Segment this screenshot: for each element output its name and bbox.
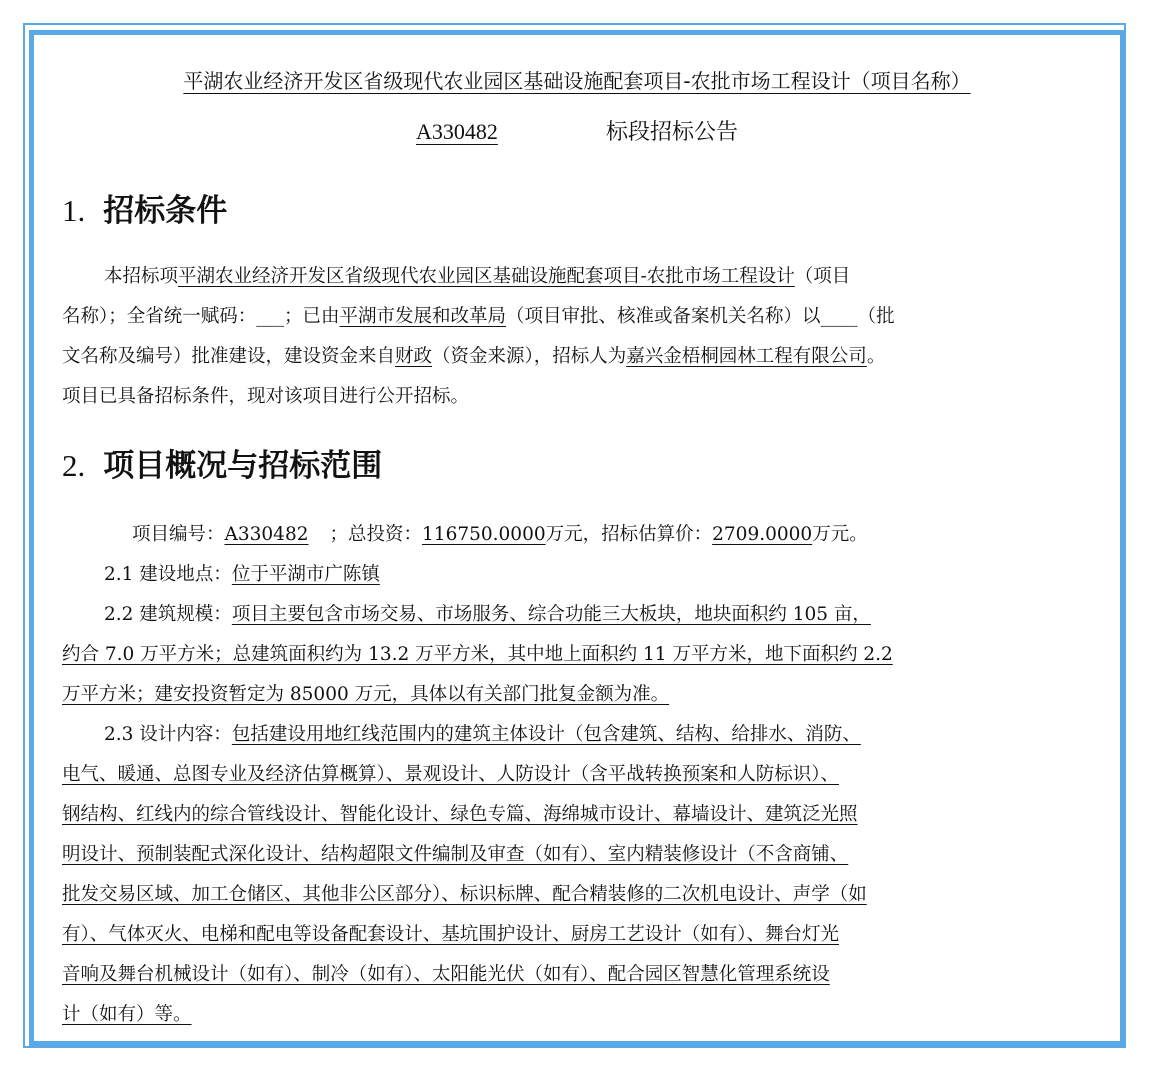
text-run: （项目审批、核准或备案机关名称）以 bbox=[506, 306, 821, 327]
project-name-title: 平湖农业经济开发区省级现代农业园区基础设施配套项目-农批市场工程设计（项目名称） bbox=[183, 69, 970, 93]
underlined-field: 嘉兴金梧桐园林工程有限公司 bbox=[626, 346, 867, 367]
item-2-3-line-7: 音响及舞台机械设计（如有）、制冷（如有）、太阳能光伏（如有）、配合园区智慧化管理… bbox=[62, 955, 1072, 995]
project-summary-line: 项目编号：A330482；总投资：116750.0000万元，招标估算价：270… bbox=[62, 515, 1072, 555]
item-2-3-text: 电气、暖通、总图专业及经济估算概算）、景观设计、人防设计（含平战转换预案和人防标… bbox=[62, 764, 839, 785]
underlined-field: 财政 bbox=[395, 346, 432, 367]
item-2-1: 2.1 建设地点：位于平湖市广陈镇 bbox=[62, 555, 1072, 595]
item-2-2-line-2: 约合 7.0 万平方米；总建筑面积约为 13.2 万平方米，其中地上面积约 11… bbox=[62, 635, 1072, 675]
unit-label: 万元。 bbox=[812, 524, 868, 545]
document-title-line2: A330482标段招标公告 bbox=[34, 115, 1120, 146]
section2-title: 项目概况与招标范围 bbox=[103, 448, 382, 484]
item-2-3-text: 音响及舞台机械设计（如有）、制冷（如有）、太阳能光伏（如有）、配合园区智慧化管理… bbox=[62, 964, 830, 985]
item-2-3-line-2: 电气、暖通、总图专业及经济估算概算）、景观设计、人防设计（含平战转换预案和人防标… bbox=[62, 755, 1072, 795]
text-run: （资金来源），招标人为 bbox=[432, 346, 626, 367]
section1-line: 文名称及编号）批准建设，建设资金来自财政（资金来源），招标人为嘉兴金梧桐园林工程… bbox=[62, 337, 1072, 377]
estimate-label: 万元，招标估算价： bbox=[546, 524, 713, 545]
estimate-value: 2709.0000 bbox=[712, 524, 812, 545]
section1-line: 名称）；全省统一赋码：___；已由平湖市发展和改革局（项目审批、核准或备案机关名… bbox=[62, 297, 1072, 337]
item-2-2-text: 约合 7.0 万平方米；总建筑面积约为 13.2 万平方米，其中地上面积约 11… bbox=[62, 644, 893, 665]
text-run: （项目 bbox=[795, 266, 851, 287]
item-2-2-text: 项目主要包含市场交易、市场服务、综合功能三大板块，地块面积约 105 亩， bbox=[232, 604, 871, 625]
underlined-field: 平湖农业经济开发区省级现代农业园区基础设施配套项目-农批市场工程设计 bbox=[178, 266, 795, 287]
item-2-3-line-8: 计（如有）等。 bbox=[62, 995, 1072, 1035]
section1-heading: 1.招标条件 bbox=[62, 185, 227, 230]
section1-body: 本招标项平湖农业经济开发区省级现代农业园区基础设施配套项目-农批市场工程设计（项… bbox=[62, 257, 1072, 417]
text-run: （批 bbox=[858, 306, 895, 327]
text-run: 本招标项 bbox=[104, 266, 178, 287]
text-run: ___ bbox=[256, 306, 284, 327]
announcement-title: 标段招标公告 bbox=[606, 120, 738, 145]
section-code: A330482 bbox=[416, 119, 606, 145]
item-2-3-text: 有）、气体灭火、电梯和配电等设备配套设计、基坑围护设计、厨房工艺设计（如有）、舞… bbox=[62, 924, 839, 945]
item-2-3-line-4: 明设计、预制装配式深化设计、结构超限文件编制及审查（如有）、室内精装修设计（不含… bbox=[62, 835, 1072, 875]
document-page: 平湖农业经济开发区省级现代农业园区基础设施配套项目-农批市场工程设计（项目名称）… bbox=[34, 35, 1120, 1041]
total-investment-value: 116750.0000 bbox=[422, 524, 546, 545]
item-2-3-text: 包括建设用地红线范围内的建筑主体设计（包含建筑、结构、给排水、消防、 bbox=[232, 724, 861, 745]
section2-number: 2. bbox=[62, 448, 85, 483]
project-no-value: A330482 bbox=[225, 515, 330, 555]
underlined-field: 平湖市发展和改革局 bbox=[340, 306, 507, 327]
text-run: 名称）；全省统一赋码： bbox=[62, 306, 256, 327]
item-2-2-text: 万平方米；建安投资暂定为 85000 万元，具体以有关部门批复金额为准。 bbox=[62, 684, 669, 705]
section2-body: 项目编号：A330482；总投资：116750.0000万元，招标估算价：270… bbox=[62, 515, 1072, 1035]
document-title-line1: 平湖农业经济开发区省级现代农业园区基础设施配套项目-农批市场工程设计（项目名称） bbox=[34, 65, 1120, 94]
item-2-3-line-5: 批发交易区域、加工仓储区、其他非公区部分）、标识标牌、配合精装修的二次机电设计、… bbox=[62, 875, 1072, 915]
text-run: 文名称及编号）批准建设，建设资金来自 bbox=[62, 346, 395, 367]
text-run: ____ bbox=[821, 306, 858, 327]
item-2-2-label: 2.2 建筑规模： bbox=[104, 604, 232, 625]
item-2-3-text: 批发交易区域、加工仓储区、其他非公区部分）、标识标牌、配合精装修的二次机电设计、… bbox=[62, 884, 867, 905]
item-2-1-value: 位于平湖市广陈镇 bbox=[232, 564, 380, 585]
item-2-3-text: 明设计、预制装配式深化设计、结构超限文件编制及审查（如有）、室内精装修设计（不含… bbox=[62, 844, 848, 865]
section1-number: 1. bbox=[62, 193, 85, 228]
item-2-3-text: 钢结构、红线内的综合管线设计、智能化设计、绿色专篇、海绵城市设计、幕墙设计、建筑… bbox=[62, 804, 858, 825]
project-no-label: 项目编号： bbox=[132, 524, 225, 545]
item-2-1-label: 2.1 建设地点： bbox=[104, 564, 232, 585]
text-run: 项目已具备招标条件，现对该项目进行公开招标。 bbox=[62, 386, 469, 407]
text-run: ；已由 bbox=[284, 306, 340, 327]
total-investment-label: ；总投资： bbox=[330, 524, 423, 545]
item-2-3-label: 2.3 设计内容： bbox=[104, 724, 232, 745]
item-2-3-line-6: 有）、气体灭火、电梯和配电等设备配套设计、基坑围护设计、厨房工艺设计（如有）、舞… bbox=[62, 915, 1072, 955]
item-2-3-text: 计（如有）等。 bbox=[62, 1004, 192, 1025]
item-2-2-line-3: 万平方米；建安投资暂定为 85000 万元，具体以有关部门批复金额为准。 bbox=[62, 675, 1072, 715]
section1-title: 招标条件 bbox=[103, 193, 227, 229]
item-2-3-line-3: 钢结构、红线内的综合管线设计、智能化设计、绿色专篇、海绵城市设计、幕墙设计、建筑… bbox=[62, 795, 1072, 835]
section1-line: 本招标项平湖农业经济开发区省级现代农业园区基础设施配套项目-农批市场工程设计（项… bbox=[62, 257, 1072, 297]
item-2-2-line-1: 2.2 建筑规模：项目主要包含市场交易、市场服务、综合功能三大板块，地块面积约 … bbox=[62, 595, 1072, 635]
section1-line: 项目已具备招标条件，现对该项目进行公开招标。 bbox=[62, 377, 1072, 417]
section2-heading: 2.项目概况与招标范围 bbox=[62, 440, 382, 485]
text-run: 。 bbox=[867, 346, 886, 367]
item-2-3-line-1: 2.3 设计内容：包括建设用地红线范围内的建筑主体设计（包含建筑、结构、给排水、… bbox=[62, 715, 1072, 755]
